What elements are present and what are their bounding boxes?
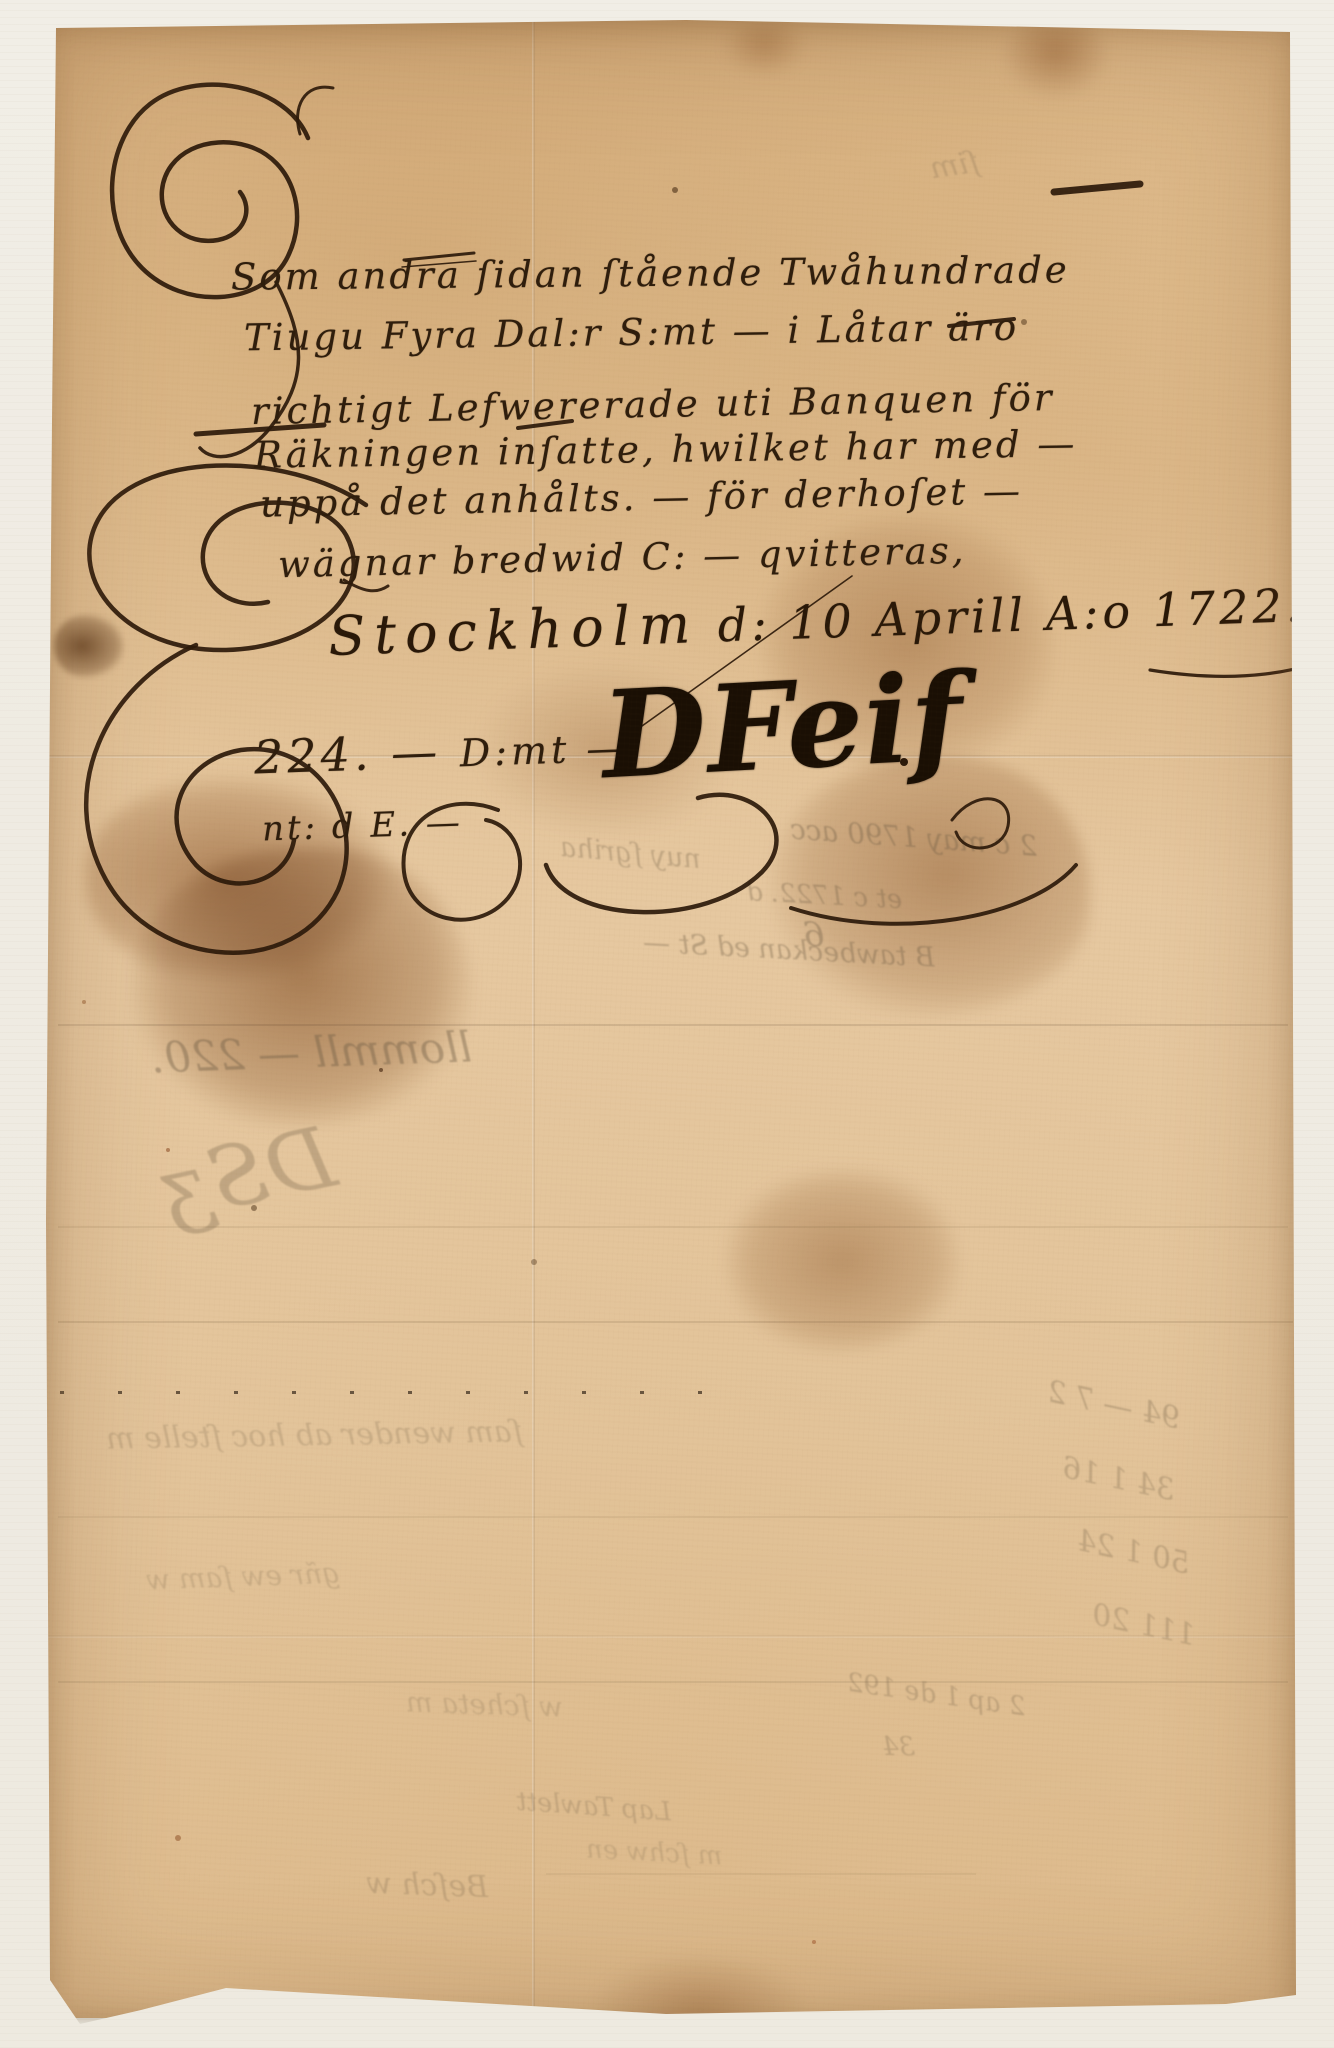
bleedthrough-rule [58, 1516, 1288, 1518]
signature: DFeif [599, 647, 967, 807]
bleedthrough-text: m ſchw en [585, 1834, 723, 1871]
fold-crease-horizontal [46, 1635, 1296, 1638]
bleedthrough-text: 2 ap 1 de 192 [845, 1668, 1027, 1723]
stain [770, 758, 1090, 1018]
dateline-date: d: 10 Aprill A:o 1722. [717, 578, 1305, 652]
stain [132, 848, 472, 1128]
foxing-specks [379, 1068, 383, 1072]
stain [590, 1953, 810, 2048]
date-underline-swash [1150, 648, 1296, 676]
stain [54, 614, 124, 678]
scan-background: llommll — 220. DSʒ 2 c may 1790 acc et c… [0, 0, 1334, 2048]
reference-note: nt: d E. — [261, 803, 463, 850]
handwriting-line-2: Tiugu Fyra Dal:r S:mt — i Låtar äro [244, 306, 1020, 360]
bleedthrough-rule [546, 1873, 976, 1875]
stain [1001, 20, 1111, 100]
bleedthrough-rule [58, 1024, 1288, 1026]
reference-number-value: 224. — [253, 724, 442, 784]
stain [725, 1168, 960, 1353]
bleedthrough-text: DSʒ [153, 1108, 344, 1241]
stain [722, 22, 807, 77]
bleedthrough-text: ſim [928, 145, 982, 187]
bleedthrough-text: 50 1 24 [1074, 1523, 1193, 1581]
bleedthrough-rule [58, 1681, 1288, 1683]
bleedthrough-text: gñr ew ſam w [145, 1557, 340, 1597]
dateline-place: Stockholm [327, 592, 700, 668]
bleedthrough-text: 94 — 7 2 [1044, 1374, 1183, 1436]
bleedthrough-text: 34 [882, 1732, 915, 1762]
bleedthrough-text: 111 20 [1089, 1597, 1199, 1653]
strikeout-mark [1054, 184, 1140, 192]
bleedthrough-text: Lap Tawlett [515, 1787, 672, 1828]
bleedthrough-text: w ſcheta m [405, 1685, 563, 1723]
bleedthrough-rule [58, 1321, 1293, 1323]
handwriting-line-1: Som andra ſidan ſtående Twåhundrade [231, 248, 1070, 298]
dotted-ink-row [60, 1391, 740, 1394]
bleedthrough-text: 34 1 16 [1059, 1450, 1178, 1508]
bleedthrough-text: ſam wender ab hoc ſtelle m [106, 1414, 523, 1456]
bleedthrough-text: Beſch w [365, 1866, 488, 1905]
manuscript-page: llommll — 220. DSʒ 2 c may 1790 acc et c… [46, 20, 1296, 2018]
c-mark [298, 87, 333, 134]
bleedthrough-rule [58, 1226, 1288, 1228]
